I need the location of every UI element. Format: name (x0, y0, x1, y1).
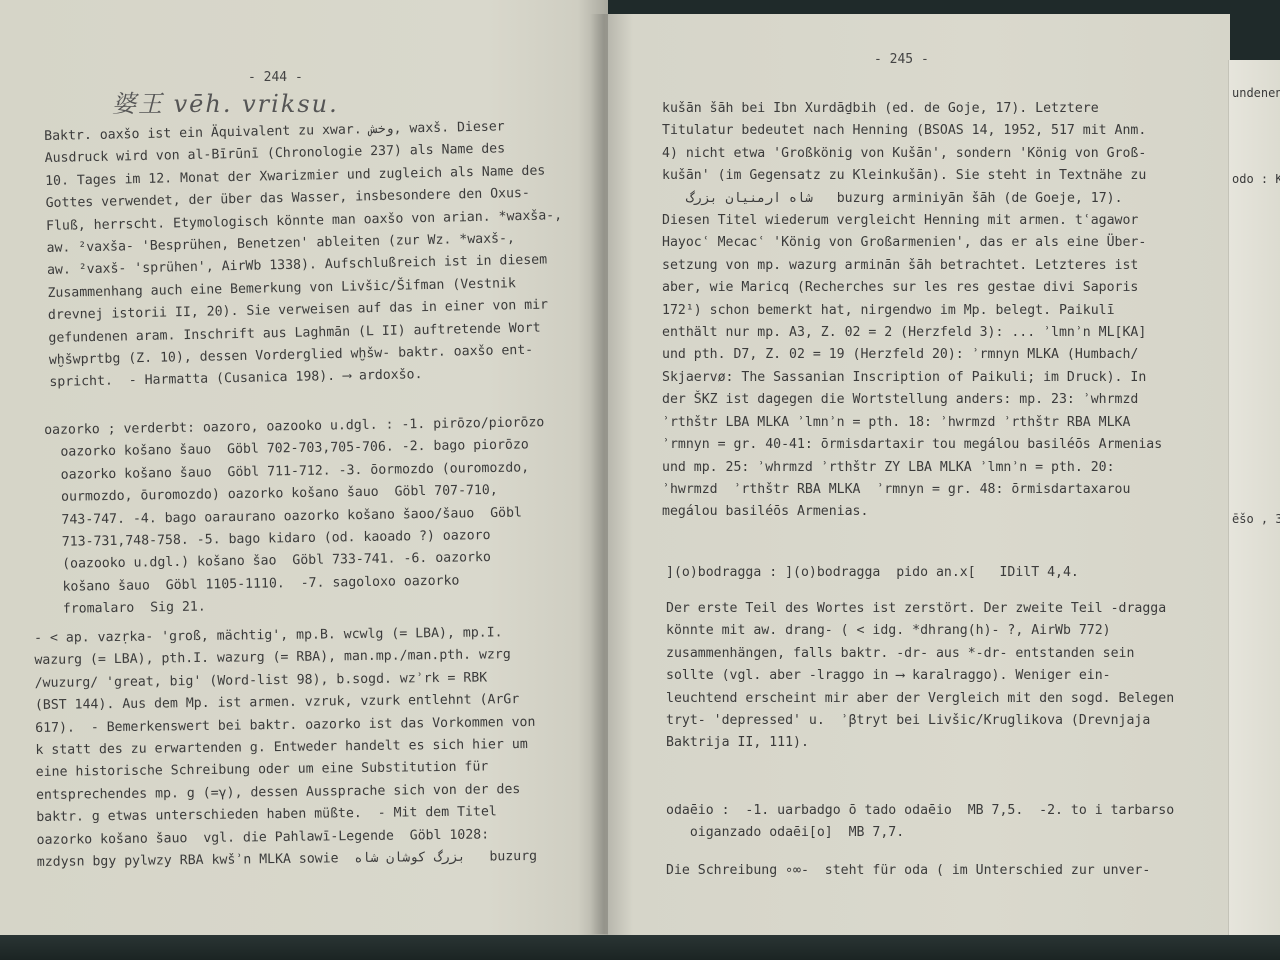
entry-oaxso: Baktr. oaxšo ist ein Äquivalent zu xwar.… (44, 115, 566, 395)
text-line: und pth. D7, Z. 02 = 19 (Herzfeld 20): ʾ… (662, 344, 1162, 366)
text-line: Diesen Titel wiederum vergleicht Henning… (662, 210, 1162, 232)
text-line: kušān šāh bei Ibn Xurdāḏbih (ed. de Goje… (662, 98, 1162, 120)
text-line: könnte mit aw. drang- ( < idg. *dhrang(h… (666, 620, 1174, 642)
text-line: leuchtend erscheint mir aber der Verglei… (666, 688, 1174, 710)
text-line: Skjaervø: The Sassanian Inscription of P… (662, 367, 1162, 389)
text-line: Titulatur bedeutet nach Henning (BSOAS 1… (662, 120, 1162, 142)
text-line: und mp. 25: ʾwhrmzd ʾrthštr ZY LBA MLKA … (662, 457, 1162, 479)
next-page-text-middle: odo : Kor KIm 4 10 (K minan sado do mi o… (1232, 168, 1280, 190)
table-surface (0, 935, 1280, 960)
text-line: ēšo , (1232, 512, 1268, 526)
text-line: kušān' (im Gegensatz zu Kleinkušān). Sie… (662, 165, 1162, 187)
text-line: setzung von mp. wazurg arminān šāh betra… (662, 255, 1162, 277)
text-line: Hayocʿ Mecacʿ 'König von Großarmenien', … (662, 232, 1162, 254)
text-line: tryt- 'depressed' u. ʾβtryt bei Livšic/K… (666, 710, 1174, 732)
entry-obodragga: Der erste Teil des Wortes ist zerstört. … (666, 598, 1174, 755)
page-number: - 245 - (874, 52, 929, 67)
text-line: aber, wie Maricq (Recherches sur les res… (662, 277, 1162, 299)
next-page-text-top: undenenadēio vo (1232, 82, 1280, 104)
entry-odaeio-note: Die Schreibung ∘∞- steht für oda ( im Un… (666, 860, 1150, 882)
text-line: oiganzado odaēi[o] MB 7,7. (666, 822, 1174, 844)
text-line: Der erste Teil des Wortes ist zerstört. … (666, 598, 1174, 620)
page-number: - 244 - (248, 70, 303, 85)
next-page-edge (1228, 60, 1280, 940)
text-line: 37,4 (1268, 512, 1280, 526)
text-line: 172¹) schon bemerkt hat, nirgendwo im Mp… (662, 300, 1162, 322)
text-line: odo : Kor (1232, 172, 1280, 186)
text-line: mzdysn bgy pylwzy RBA kwšʾn MLKA sowie ب… (37, 846, 537, 875)
text-line: sollte (vgl. aber -lraggo in ⟶ karalragg… (666, 665, 1174, 687)
left-page: - 244 - 婆王 vēh. vriksu. Baktr. oaxšo ist… (0, 0, 608, 940)
entry-odaeio: odaēio : -1. uarbadgo ō tado odaēio MB 7… (666, 800, 1174, 845)
text-line: ʾrthštr LBA MLKA ʾlmnʾn = pth. 18: ʾhwrm… (662, 412, 1162, 434)
continuation-text: kušān šāh bei Ibn Xurdāḏbih (ed. de Goje… (662, 98, 1162, 524)
text-line: 4) nicht etwa 'Großkönig von Kušān', son… (662, 143, 1162, 165)
next-page-text-bottom: ēšo , 37,4 549- 901- 520, Göblēšo wiarmi… (1232, 508, 1280, 530)
entry-oazorko: oazorko ; verderbt: oazoro, oazooko u.dg… (44, 412, 547, 621)
entry-oazorko-etymology: - < ap. vazṛka- 'groß, mächtig', mp.B. w… (34, 622, 537, 875)
text-line: undenen (1232, 86, 1280, 100)
entry-obodragga-head: ](o)bodragga : ](o)bodragga pido an.x[ I… (666, 562, 1079, 584)
handwritten-annotation: 婆王 vēh. vriksu. (112, 84, 339, 119)
text-line: شاه ارمنیان بزرگ buzurg arminiyān šāh (d… (662, 188, 1162, 210)
text-line: Baktrija II, 111). (666, 732, 1174, 754)
text-line: der ŠKZ ist dagegen die Wortstellung and… (662, 389, 1162, 411)
text-line: ʾrmnyn = gr. 40-41: ōrmisdartaxir tou me… (662, 434, 1162, 456)
text-line: enthält nur mp. A3, Z. 02 = 2 (Herzfeld … (662, 322, 1162, 344)
text-line: odaēio : -1. uarbadgo ō tado odaēio MB 7… (666, 800, 1174, 822)
text-line: megálou basiléōs Armenias. (662, 501, 1162, 523)
right-page: - 245 - kušān šāh bei Ibn Xurdāḏbih (ed.… (608, 14, 1230, 936)
text-line: zusammenhängen, falls baktr. -dr- aus *-… (666, 643, 1174, 665)
text-line: ʾhwrmzd ʾrthštr RBA MLKA ʾrmnyn = gr. 48… (662, 479, 1162, 501)
